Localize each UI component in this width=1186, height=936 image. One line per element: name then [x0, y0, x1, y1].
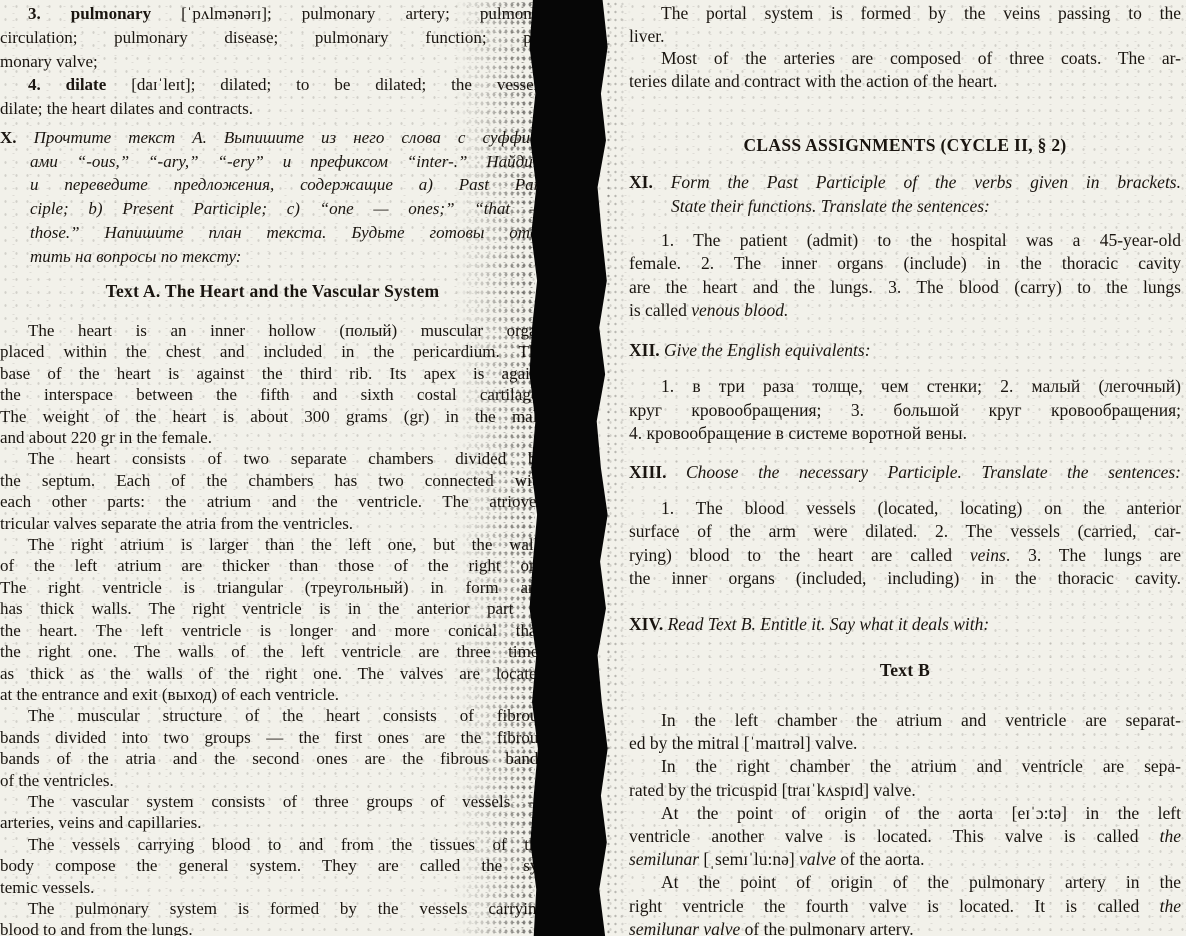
text-segment: placed within the chest and included in … — [0, 342, 545, 361]
text-segment: At the point of origin of the pulmonary … — [661, 872, 1181, 892]
text-segment: ами “-ous,” “-ary,” “-ery” и префиксом “… — [30, 152, 545, 171]
text-segment: [ˈpʌlmənərɪ]; pulmonary artery; pulmonar — [181, 4, 545, 23]
text-segment: Give the English equivalents: — [660, 340, 871, 360]
text-segment: as thick as the walls of the right one. … — [0, 664, 545, 683]
text-line: rated by the tricuspid [traɪˈkʌspɪd] val… — [629, 779, 1181, 802]
text-line: tricular valves separate the atria from … — [0, 513, 545, 534]
exercise-xii: XII. Give the English equivalents: — [629, 338, 1181, 362]
text-segment: body compose the general system. They ar… — [0, 856, 545, 875]
vocab-items: 3. pulmonary [ˈpʌlmənərɪ]; pulmonary art… — [0, 2, 545, 121]
text-line: 4. dilate [daɪˈleɪt]; dilated; to be dil… — [0, 73, 545, 97]
text-line: State their functions. Translate the sen… — [629, 194, 1181, 218]
text-segment: temic vessels. — [0, 878, 94, 897]
text-line: The right ventricle is triangular (треуг… — [0, 577, 545, 598]
text-line: At the point of origin of the pulmonary … — [629, 871, 1181, 894]
text-line: X. Прочтите текст А. Выпишите из него сл… — [0, 126, 545, 150]
text-segment: semilunar valve — [629, 919, 740, 936]
text-a-body: The heart is an inner hollow (полый) mus… — [0, 320, 545, 936]
text-segment: The heart is an inner hollow (полый) mus… — [28, 321, 545, 340]
text-segment: тить на вопросы по тексту: — [30, 247, 241, 266]
left-page: 3. pulmonary [ˈpʌlmənərɪ]; pulmonary art… — [0, 0, 545, 936]
class-assignments-heading: CLASS ASSIGNMENTS (CYCLE II, § 2) — [629, 135, 1181, 156]
exercise-xi: XI. Form the Past Participle of the verb… — [629, 170, 1181, 218]
text-segment: ed by the mitral [ˈmaɪtrəl] valve. — [629, 733, 857, 753]
text-line: 4. кровообращение в системе воротной вен… — [629, 422, 1181, 446]
text-segment: [ˌsemɪˈlu:nə] — [699, 849, 799, 869]
text-line: the right one. The walls of the left ven… — [0, 641, 545, 662]
text-segment: The heart consists of two separate chamb… — [28, 449, 545, 468]
text-line: at the entrance and exit (выход) of each… — [0, 684, 545, 705]
exercise-x: X. Прочтите текст А. Выпишите из него сл… — [0, 126, 545, 268]
text-segment: venous blood. — [691, 300, 788, 320]
text-line: 1. The blood vessels (located, locating)… — [629, 497, 1181, 520]
text-line: 3. pulmonary [ˈpʌlmənərɪ]; pulmonary art… — [0, 2, 545, 26]
text-segment: female. 2. The inner organs (include) in… — [629, 253, 1181, 273]
text-segment: In the right chamber the atrium and vent… — [661, 756, 1181, 776]
text-segment: At the point of origin of the aorta [eɪˈ… — [661, 803, 1181, 823]
text-segment: XII. — [629, 340, 660, 360]
text-segment: tricular valves separate the atria from … — [0, 514, 353, 533]
right-page: The portal system is formed by the veins… — [629, 0, 1181, 936]
text-line: female. 2. The inner organs (include) in… — [629, 252, 1181, 275]
text-line: has thick walls. The right ventricle is … — [0, 598, 545, 619]
exercise-xiii: XIII. Choose the necessary Participle. T… — [629, 460, 1181, 484]
text-line: ами “-ous,” “-ary,” “-ery” и префиксом “… — [0, 150, 545, 174]
text-line: The weight of the heart is about 300 gra… — [0, 406, 545, 427]
text-segment: each other parts: the atrium and the ven… — [0, 492, 545, 511]
exercise-xii-items: 1. в три раза толще, чем стенки; 2. малы… — [629, 375, 1181, 446]
text-line: semilunar [ˌsemɪˈlu:nə] valve of the aor… — [629, 848, 1181, 871]
text-segment: State their functions. Translate the sen… — [671, 196, 990, 216]
text-line: In the left chamber the atrium and ventr… — [629, 709, 1181, 732]
text-line: teries dilate and contract with the acti… — [629, 70, 1181, 93]
text-segment: rying) blood to the heart are called — [629, 545, 970, 565]
text-segment: ventricle another valve is located. This… — [629, 826, 1160, 846]
text-line: as thick as the walls of the right one. … — [0, 663, 545, 684]
text-segment: The vascular system consists of three gr… — [28, 792, 545, 811]
text-line: 1. The patient (admit) to the hospital w… — [629, 229, 1181, 252]
text-b-heading: Text B — [629, 660, 1181, 681]
text-line: placed within the chest and included in … — [0, 341, 545, 362]
text-line: monary valve; — [0, 50, 545, 74]
text-line: The heart is an inner hollow (полый) mus… — [0, 320, 545, 341]
text-line: the heart. The left ventricle is longer … — [0, 620, 545, 641]
text-line: The pulmonary system is formed by the ve… — [0, 898, 545, 919]
text-segment: the — [1160, 896, 1181, 916]
text-line: rying) blood to the heart are called vei… — [629, 544, 1181, 567]
text-segment: liver. — [629, 26, 664, 46]
text-a-heading: Text A. The Heart and the Vascular Syste… — [0, 281, 545, 302]
text-b-body: In the left chamber the atrium and ventr… — [629, 709, 1181, 936]
text-line: is called venous blood. — [629, 299, 1181, 322]
text-segment: Read Text B. Entitle it. Say what it dea… — [663, 614, 989, 634]
text-line: dilate; the heart dilates and contracts. — [0, 97, 545, 121]
text-line: XIII. Choose the necessary Participle. T… — [629, 460, 1181, 484]
text-segment: XI. — [629, 172, 653, 192]
text-line: XIV. Read Text B. Entitle it. Say what i… — [629, 612, 1181, 636]
text-line: The right atrium is larger than the left… — [0, 534, 545, 555]
text-segment: of the left atrium are thicker than thos… — [0, 556, 545, 575]
text-line: круг кровообращения; 3. большой круг кро… — [629, 399, 1181, 423]
text-segment: is called — [629, 300, 691, 320]
text-segment: base of the heart is against the third r… — [0, 364, 545, 383]
text-segment: valve — [799, 849, 836, 869]
text-segment: The right ventricle is triangular (треуг… — [0, 578, 545, 597]
text-segment: at the entrance and exit (выход) of each… — [0, 685, 339, 704]
text-segment: right ventricle the fourth valve is loca… — [629, 896, 1160, 916]
text-line: each other parts: the atrium and the ven… — [0, 491, 545, 512]
text-line: bands divided into two groups — the firs… — [0, 727, 545, 748]
exercise-xiv: XIV. Read Text B. Entitle it. Say what i… — [629, 612, 1181, 636]
text-segment: rated by the tricuspid [traɪˈkʌspɪd] val… — [629, 780, 916, 800]
text-segment: teries dilate and contract with the acti… — [629, 71, 997, 91]
scanned-textbook-spread: 3. pulmonary [ˈpʌlmənərɪ]; pulmonary art… — [0, 0, 1186, 936]
text-segment: The portal system is formed by the veins… — [661, 3, 1181, 23]
text-segment: the right one. The walls of the left ven… — [0, 642, 545, 661]
text-segment: of the pulmonary artery. — [740, 919, 913, 936]
text-line: are the heart and the lungs. 3. The bloo… — [629, 276, 1181, 299]
text-line: body compose the general system. They ar… — [0, 855, 545, 876]
text-line: и переведите предложения, содержащие а) … — [0, 173, 545, 197]
text-segment: the heart. The left ventricle is longer … — [0, 621, 545, 640]
text-line: ciple; b) Present Participle; c) “one — … — [0, 197, 545, 221]
text-segment: The weight of the heart is about 300 gra… — [0, 407, 545, 426]
text-segment: veins — [970, 545, 1006, 565]
text-segment: the — [1160, 826, 1181, 846]
text-segment: The right atrium is larger than the left… — [28, 535, 545, 554]
text-segment: monary valve; — [0, 52, 98, 71]
text-segment: XIV. — [629, 614, 663, 634]
text-line: Most of the arteries are composed of thr… — [629, 47, 1181, 70]
text-line: the inner organs (included, including) i… — [629, 567, 1181, 590]
text-line: 1. в три раза толще, чем стенки; 2. малы… — [629, 375, 1181, 399]
text-segment: 4. кровообращение в системе воротной вен… — [629, 423, 967, 443]
text-segment: the septum. Each of the chambers has two… — [0, 471, 545, 490]
text-line: base of the heart is against the third r… — [0, 363, 545, 384]
text-line: XII. Give the English equivalents: — [629, 338, 1181, 362]
text-segment: X. — [0, 128, 17, 147]
text-line: The heart consists of two separate chamb… — [0, 448, 545, 469]
text-line: At the point of origin of the aorta [eɪˈ… — [629, 802, 1181, 825]
text-line: the interspace between the fifth and six… — [0, 384, 545, 405]
text-segment: 1. The patient (admit) to the hospital w… — [661, 230, 1181, 250]
text-segment: Choose the necessary Participle. Transla… — [666, 462, 1181, 482]
text-line: liver. — [629, 25, 1181, 48]
text-line: The muscular structure of the heart cons… — [0, 705, 545, 726]
text-segment: has thick walls. The right ventricle is … — [0, 599, 545, 618]
text-line: of the left atrium are thicker than thos… — [0, 555, 545, 576]
text-segment: bands divided into two groups — the firs… — [0, 728, 545, 747]
text-segment: semilunar — [629, 849, 699, 869]
text-segment: 3. pulmonary — [28, 4, 181, 23]
text-line: In the right chamber the atrium and vent… — [629, 755, 1181, 778]
text-segment: blood to and from the lungs. — [0, 920, 193, 936]
text-line: The vascular system consists of three gr… — [0, 791, 545, 812]
text-segment: 4. dilate — [28, 75, 131, 94]
text-line: surface of the arm were dilated. 2. The … — [629, 520, 1181, 543]
text-line: ed by the mitral [ˈmaɪtrəl] valve. — [629, 732, 1181, 755]
text-segment: those.” Напишите план текста. Будьте гот… — [30, 223, 545, 242]
text-segment: dilate; the heart dilates and contracts. — [0, 99, 253, 118]
text-segment: of the ventricles. — [0, 771, 114, 790]
exercise-xiii-items: 1. The blood vessels (located, locating)… — [629, 497, 1181, 590]
text-segment: surface of the arm were dilated. 2. The … — [629, 521, 1181, 541]
text-line: right ventricle the fourth valve is loca… — [629, 895, 1181, 918]
text-segment: the inner organs (included, including) i… — [629, 568, 1181, 588]
text-segment: 1. в три раза толще, чем стенки; 2. малы… — [661, 376, 1181, 396]
text-line: the septum. Each of the chambers has two… — [0, 470, 545, 491]
text-segment: The muscular structure of the heart cons… — [28, 706, 545, 725]
text-segment: . 3. The lungs are — [1006, 545, 1181, 565]
text-segment: Most of the arteries are composed of thr… — [661, 48, 1181, 68]
text-segment: Form the Past Participle of the verbs gi… — [653, 172, 1181, 192]
text-line: XI. Form the Past Participle of the verb… — [629, 170, 1181, 194]
text-line: The portal system is formed by the veins… — [629, 2, 1181, 25]
text-segment: XIII. — [629, 462, 666, 482]
text-line: blood to and from the lungs. — [0, 919, 545, 936]
text-segment: The vessels carrying blood to and from t… — [28, 835, 545, 854]
text-segment: 1. The blood vessels (located, locating)… — [661, 498, 1181, 518]
text-segment: The pulmonary system is formed by the ve… — [28, 899, 545, 918]
text-segment: bands of the atria and the second ones a… — [0, 749, 545, 768]
text-segment: are the heart and the lungs. 3. The bloo… — [629, 277, 1181, 297]
text-line: The vessels carrying blood to and from t… — [0, 834, 545, 855]
exercise-xi-items: 1. The patient (admit) to the hospital w… — [629, 229, 1181, 322]
text-line: arteries, veins and capillaries. — [0, 812, 545, 833]
book-gutter-shadow — [527, 0, 611, 936]
text-segment: ciple; b) Present Participle; c) “one — … — [30, 199, 545, 218]
text-line: semilunar valve of the pulmonary artery. — [629, 918, 1181, 936]
text-segment: circulation; pulmonary disease; pulmonar… — [0, 28, 545, 47]
text-segment: In the left chamber the atrium and ventr… — [661, 710, 1181, 730]
text-line: bands of the atria and the second ones a… — [0, 748, 545, 769]
text-line: ventricle another valve is located. This… — [629, 825, 1181, 848]
text-segment: и переведите предложения, содержащие а) … — [30, 175, 545, 194]
text-line: of the ventricles. — [0, 770, 545, 791]
text-line: circulation; pulmonary disease; pulmonar… — [0, 26, 545, 50]
text-line: тить на вопросы по тексту: — [0, 245, 545, 269]
text-segment: of the aorta. — [836, 849, 924, 869]
portal-system-paragraphs: The portal system is formed by the veins… — [629, 2, 1181, 92]
text-segment: the interspace between the fifth and six… — [0, 385, 545, 404]
text-segment: [daɪˈleɪt]; dilated; to be dilated; the … — [131, 75, 545, 94]
text-segment: and about 220 gr in the female. — [0, 428, 212, 447]
text-segment: Прочтите текст А. Выпишите из него слова… — [17, 128, 545, 147]
text-segment: круг кровообращения; 3. большой круг кро… — [629, 400, 1181, 420]
gutter-speckle-noise-right — [605, 0, 631, 936]
text-line: those.” Напишите план текста. Будьте гот… — [0, 221, 545, 245]
text-line: and about 220 gr in the female. — [0, 427, 545, 448]
text-segment: arteries, veins and capillaries. — [0, 813, 202, 832]
text-line: temic vessels. — [0, 877, 545, 898]
